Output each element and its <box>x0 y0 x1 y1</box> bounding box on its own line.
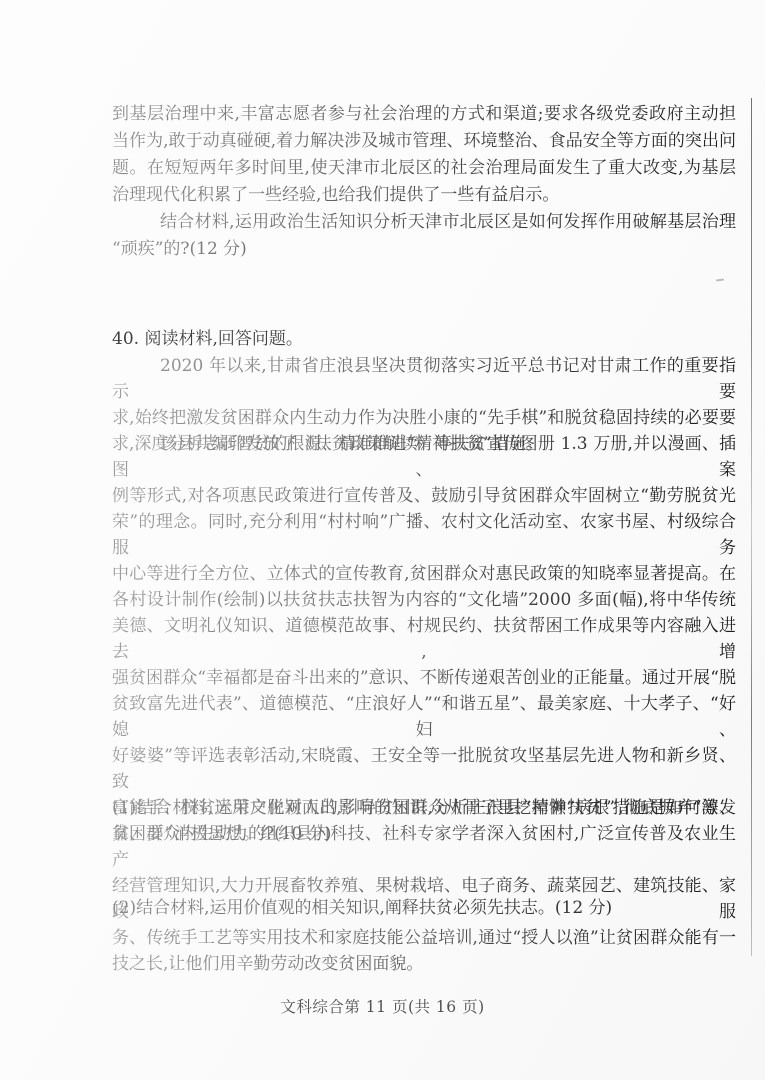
page-footer: 文科综合第 11 页(共 16 页) <box>0 995 765 1017</box>
question-40-heading: 40. 阅读材料,回答问题。 <box>112 326 736 353</box>
sub-question-line: (1)结合材料,运用文化对人的影响的知识,分析庄浪县“精神扶贫”措施是如何激发 <box>112 795 736 821</box>
sub-question-line: (2)结合材料,运用价值观的相关知识,阐释扶贫必须先扶志。(12 分) <box>112 895 736 921</box>
question-39-material-continuation: 到基层治理中来,丰富志愿者参与社会治理的方式和渠道;要求各级党委政府主动担 当作… <box>112 101 736 263</box>
material-line: 好婆婆”等评选表彰活动,宋晓霞、王安全等一批脱贫攻坚基层先进人物和新乡贤、致 <box>112 743 736 795</box>
material-line: 2020 年以来,甘肃省庄浪县坚决贯彻落实习近平总书记对甘肃工作的重要指示要 <box>112 353 736 405</box>
material-line: 中心等进行全方位、立体式的宣传教育,贫困群众对惠民政策的知晓率显著提高。在 <box>112 561 736 587</box>
scan-speck <box>716 278 724 281</box>
scanned-exam-page: 到基层治理中来,丰富志愿者参与社会治理的方式和渠道;要求各级党委政府主动担 当作… <box>0 0 765 1080</box>
material-line: 美德、文明礼仪知识、道德模范故事、村规民约、扶贫帮困工作成果等内容融入进去,增 <box>112 613 736 665</box>
material-line: 务、传统手工艺等实用技术和家庭技能公益培训,通过“授人以渔”让贫困群众能有一 <box>112 925 736 951</box>
material-line: 到基层治理中来,丰富志愿者参与社会治理的方式和渠道;要求各级党委政府主动担 <box>112 101 736 128</box>
material-line: 该县共编印发放了《扶贫政策解读》等扶贫宣传图册 1.3 万册,并以漫画、插图、案 <box>112 431 736 483</box>
question-40-sub-question-1: (1)结合材料,运用文化对人的影响的知识,分析庄浪县“精神扶贫”措施是如何激发 … <box>112 795 736 847</box>
question-40-sub-question-2: (2)结合材料,运用价值观的相关知识,阐释扶贫必须先扶志。(12 分) <box>112 895 736 921</box>
material-line: 题。在短短两年多时间里,使天津市北辰区的社会治理局面发生了重大改变,为基层 <box>112 155 736 182</box>
question-task-line: 结合材料,运用政治生活知识分析天津市北辰区是如何发挥作用破解基层治理 <box>112 209 736 236</box>
material-line: 荣”的理念。同时,充分利用“村村响”广播、农村文化活动室、农家书屋、村级综合服务 <box>112 509 736 561</box>
material-line: 例等形式,对各项惠民政策进行宣传普及、鼓励引导贫困群众牢固树立“勤劳脱贫光 <box>112 483 736 509</box>
scan-edge-line <box>751 98 752 956</box>
question-task-line: “顽疾”的?(12 分) <box>112 236 736 263</box>
page-number-label: 文科综合第 11 页(共 16 页) <box>280 998 484 1016</box>
material-line: 贫致富先进代表”、道德模范、“庄浪好人”“和谐五星”、最美家庭、十大孝子、“好媳… <box>112 691 736 743</box>
material-line: 各村设计制作(绘制)以扶贫扶志扶智为内容的“文化墙”2000 多面(幅),将中华… <box>112 587 736 613</box>
material-line: 强贫困群众“幸福都是奋斗出来的”意识、不断传递艰苦创业的正能量。通过开展“脱 <box>112 665 736 691</box>
material-line: 治理现代化积累了一些经验,也给我们提供了一些有益启示。 <box>112 182 736 209</box>
material-line: 技之长,让他们用辛勤劳动改变贫困面貌。 <box>112 951 736 977</box>
material-line: 当作为,敢于动真碰硬,着力解决涉及城市管理、环境整治、食品安全等方面的突出问 <box>112 128 736 155</box>
material-line: 求,始终把激发贫困群众内生动力作为决胜小康的“先手棋”和脱贫稳固持续的必要要 <box>112 405 736 431</box>
question-number-and-stem: 40. 阅读材料,回答问题。 <box>112 326 736 353</box>
sub-question-line: 贫困群众内生动力的?(10 分) <box>112 821 736 847</box>
